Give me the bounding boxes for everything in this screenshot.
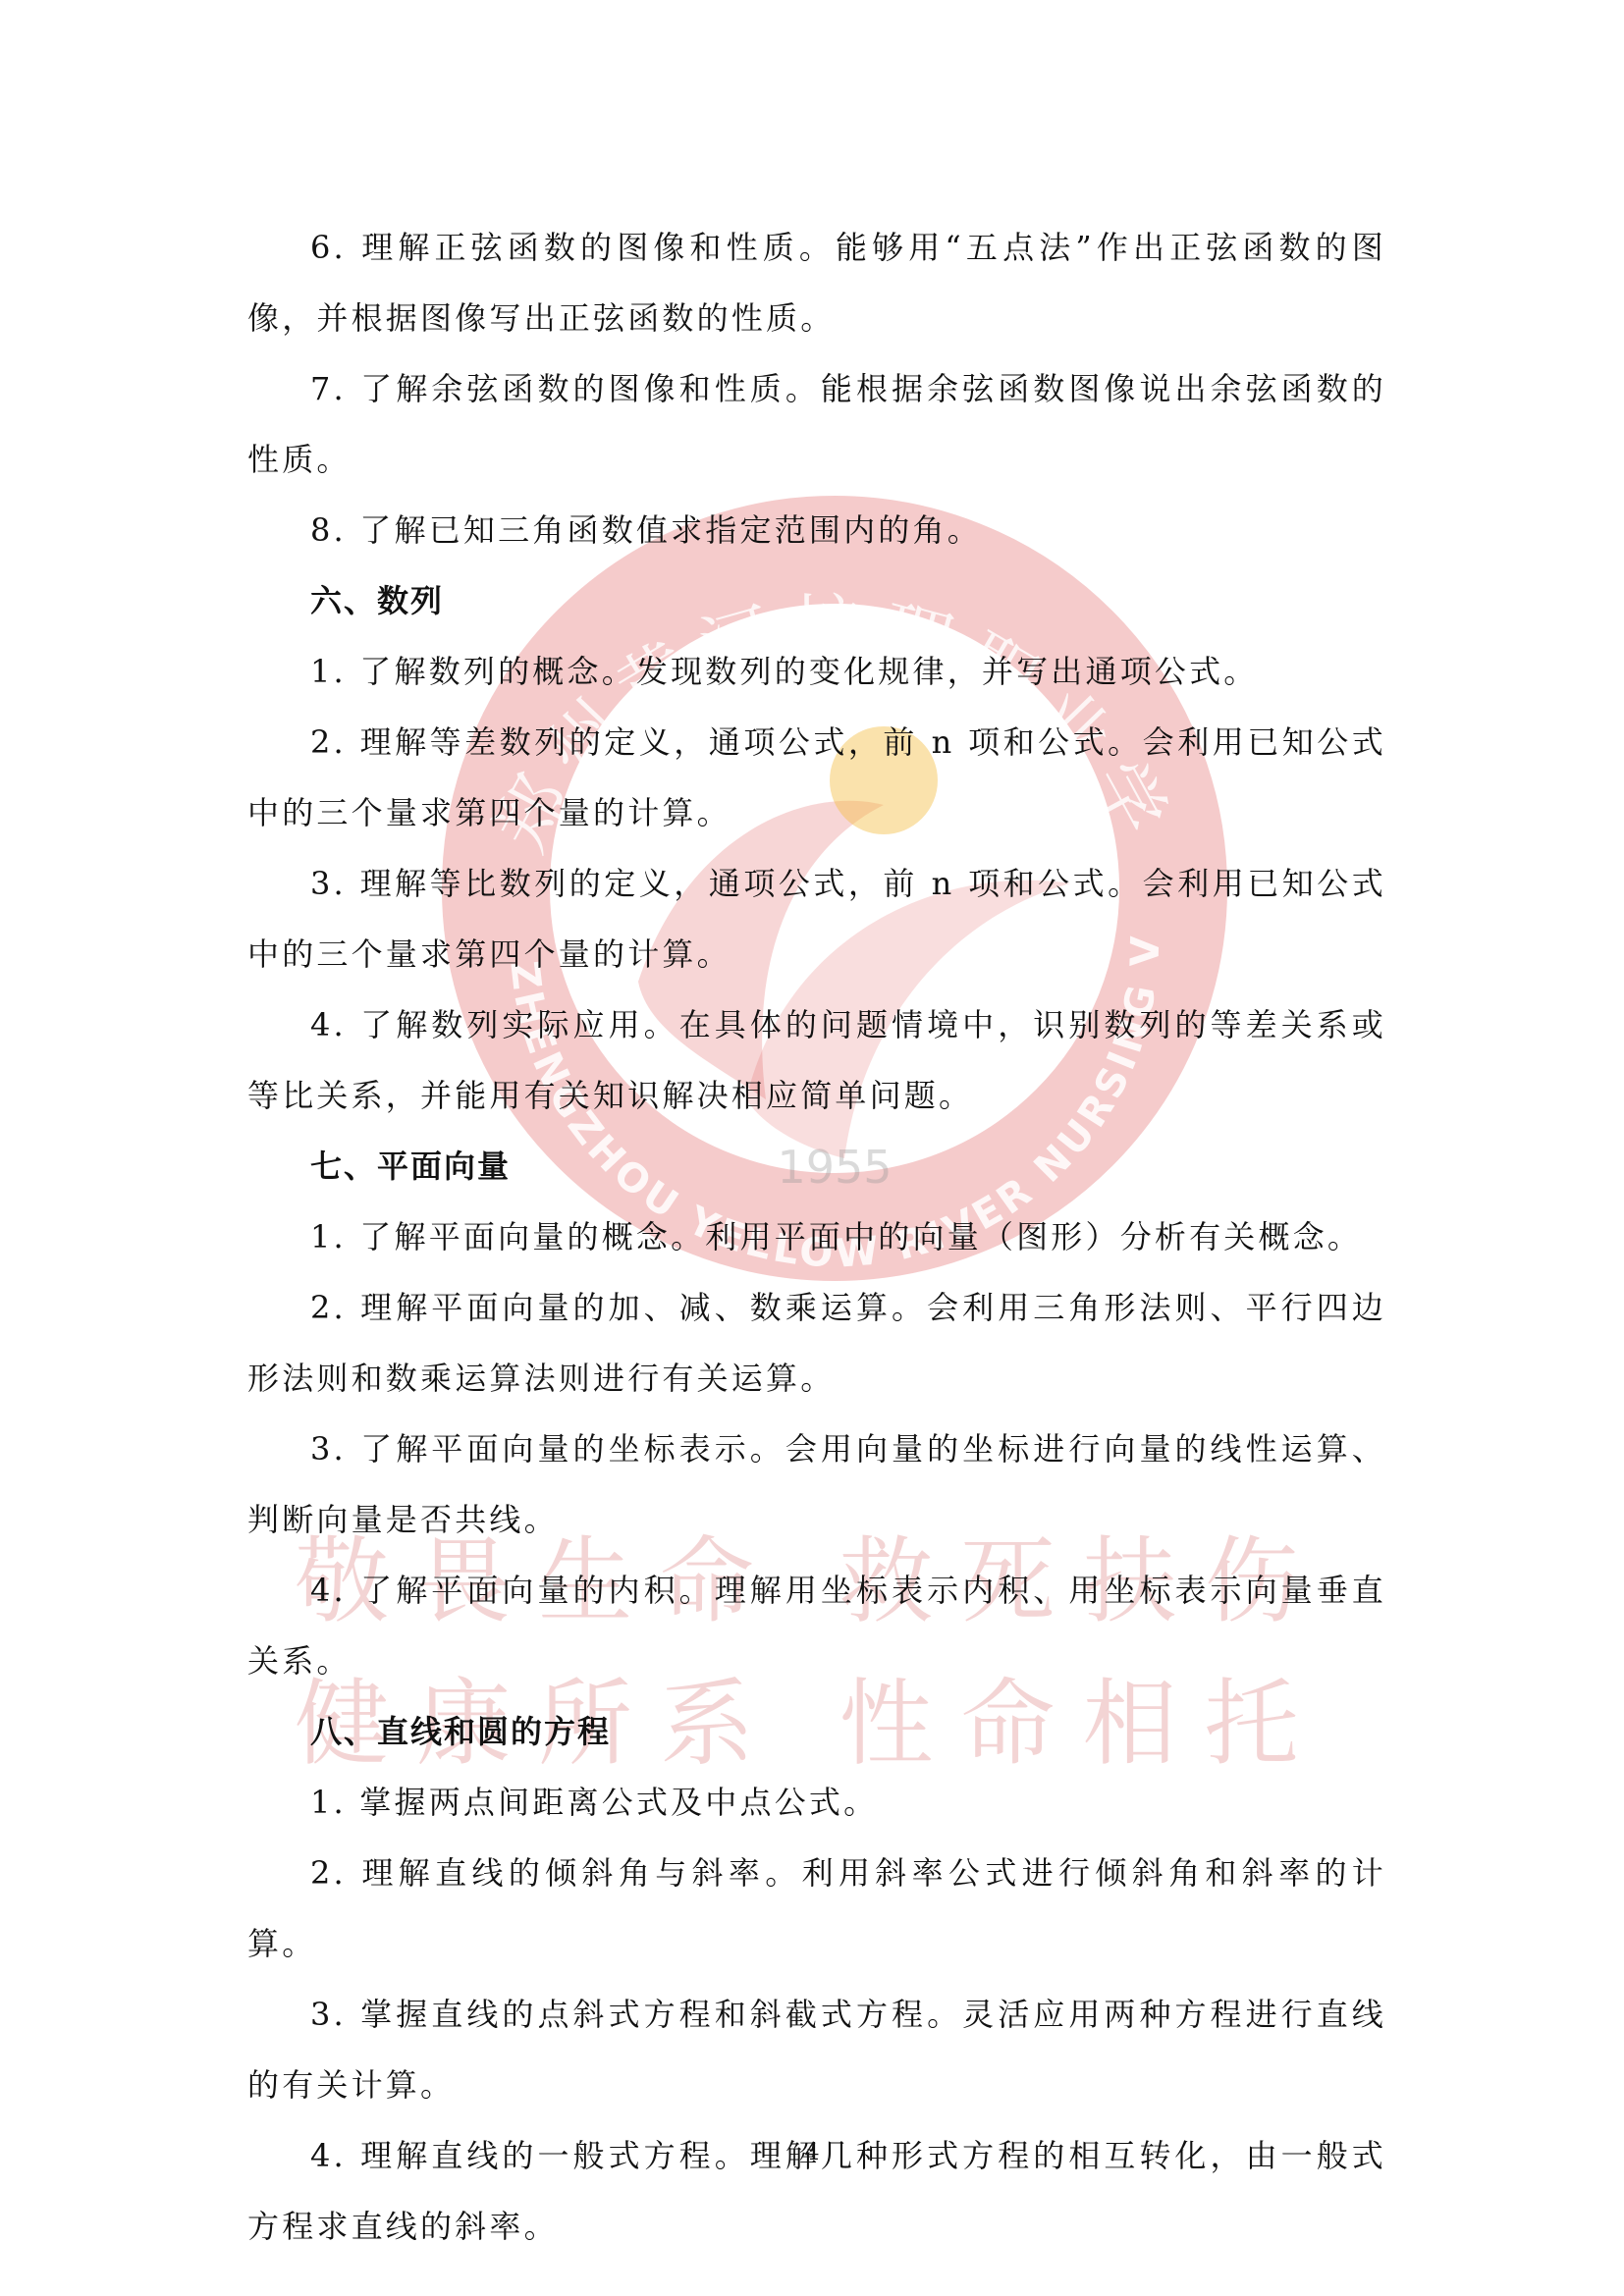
paragraph-sequence-concept: 1. 了解数列的概念。发现数列的变化规律，并写出通项公式。 [247,636,1386,707]
section-heading-lines-circles: 八、直线和圆的方程 [247,1696,1386,1767]
document-page: 郑州黄河护理职业学院 ZHENGZHOU YELLOW RIVER NURSIN… [0,0,1624,2296]
paragraph-slope-angle: 2. 理解直线的倾斜角与斜率。利用斜率公式进行倾斜角和斜率的计算。 [247,1838,1386,1979]
paragraph-sequence-application: 4. 了解数列实际应用。在具体的问题情境中，识别数列的等差关系或等比关系，并能用… [247,989,1386,1131]
paragraph-geometric-sequence: 3. 理解等比数列的定义，通项公式，前 n 项和公式。会利用已知公式中的三个量求… [247,848,1386,989]
paragraph-inverse-trig: 8. 了解已知三角函数值求指定范围内的角。 [247,495,1386,565]
paragraph-vector-concept: 1. 了解平面向量的概念。利用平面中的向量（图形）分析有关概念。 [247,1201,1386,1272]
paragraph-distance-midpoint: 1. 掌握两点间距离公式及中点公式。 [247,1767,1386,1838]
paragraph-arithmetic-sequence: 2. 理解等差数列的定义，通项公式，前 n 项和公式。会利用已知公式中的三个量求… [247,707,1386,848]
document-body: 6. 理解正弦函数的图像和性质。能够用“五点法”作出正弦函数的图像，并根据图像写… [247,212,1386,2262]
paragraph-point-slope-form: 3. 掌握直线的点斜式方程和斜截式方程。灵活应用两种方程进行直线的有关计算。 [247,1979,1386,2120]
paragraph-cosine-function: 7. 了解余弦函数的图像和性质。能根据余弦函数图像说出余弦函数的性质。 [247,353,1386,495]
section-heading-plane-vectors: 七、平面向量 [247,1131,1386,1201]
page-number: 4 [0,2138,1624,2165]
paragraph-sine-function: 6. 理解正弦函数的图像和性质。能够用“五点法”作出正弦函数的图像，并根据图像写… [247,212,1386,353]
section-heading-sequences: 六、数列 [247,565,1386,636]
paragraph-vector-operations: 2. 理解平面向量的加、减、数乘运算。会利用三角形法则、平行四边形法则和数乘运算… [247,1272,1386,1414]
paragraph-vector-inner-product: 4. 了解平面向量的内积。理解用坐标表示内积、用坐标表示向量垂直关系。 [247,1555,1386,1696]
paragraph-vector-coordinates: 3. 了解平面向量的坐标表示。会用向量的坐标进行向量的线性运算、判断向量是否共线… [247,1414,1386,1555]
